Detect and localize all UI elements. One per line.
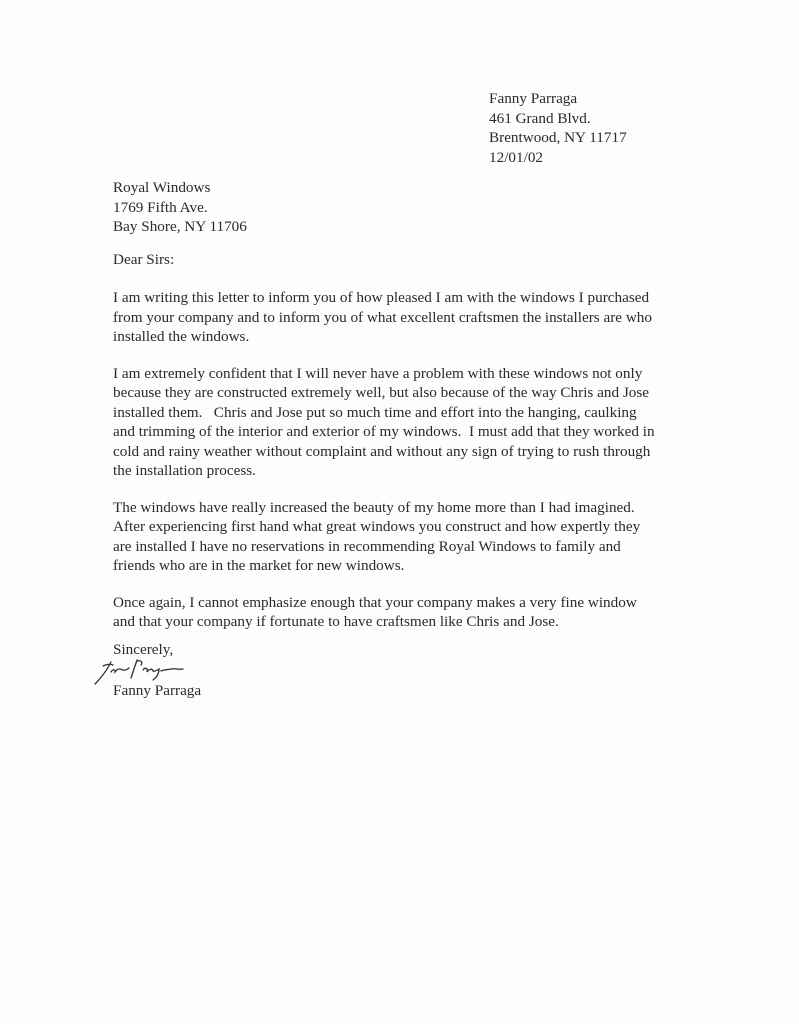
recipient-address-block: Royal Windows 1769 Fifth Ave. Bay Shore,… bbox=[113, 178, 247, 237]
paragraph: The windows have really increased the be… bbox=[113, 498, 693, 576]
paragraph-line: friends who are in the market for new wi… bbox=[113, 556, 693, 576]
paragraph-line: I am writing this letter to inform you o… bbox=[113, 288, 693, 308]
paragraph-line: cold and rainy weather without complaint… bbox=[113, 442, 693, 462]
paragraph-line: Once again, I cannot emphasize enough th… bbox=[113, 593, 693, 613]
paragraph-line: installed them. Chris and Jose put so mu… bbox=[113, 403, 693, 423]
paragraph-line: are installed I have no reservations in … bbox=[113, 537, 693, 557]
sender-city-state-zip: Brentwood, NY 11717 bbox=[489, 128, 627, 148]
sender-address-block: Fanny Parraga 461 Grand Blvd. Brentwood,… bbox=[489, 89, 627, 167]
paragraph-line: because they are constructed extremely w… bbox=[113, 383, 693, 403]
paragraph: Once again, I cannot emphasize enough th… bbox=[113, 593, 693, 632]
sender-street: 461 Grand Blvd. bbox=[489, 109, 627, 129]
letter-body: I am writing this letter to inform you o… bbox=[113, 288, 693, 649]
paragraph: I am writing this letter to inform you o… bbox=[113, 288, 693, 347]
paragraph-line: from your company and to inform you of w… bbox=[113, 308, 693, 328]
paragraph-line: I am extremely confident that I will nev… bbox=[113, 364, 693, 384]
printed-name: Fanny Parraga bbox=[113, 681, 201, 701]
paragraph-line: the installation process. bbox=[113, 461, 693, 481]
letter-date: 12/01/02 bbox=[489, 148, 627, 168]
paragraph-line: and trimming of the interior and exterio… bbox=[113, 422, 693, 442]
recipient-street: 1769 Fifth Ave. bbox=[113, 198, 247, 218]
salutation: Dear Sirs: bbox=[113, 250, 174, 270]
paragraph-line: installed the windows. bbox=[113, 327, 693, 347]
sender-name: Fanny Parraga bbox=[489, 89, 627, 109]
paragraph-line: The windows have really increased the be… bbox=[113, 498, 693, 518]
paragraph-line: After experiencing first hand what great… bbox=[113, 517, 693, 537]
paragraph-line: and that your company if fortunate to ha… bbox=[113, 612, 693, 632]
recipient-company: Royal Windows bbox=[113, 178, 247, 198]
paragraph: I am extremely confident that I will nev… bbox=[113, 364, 693, 481]
recipient-city-state-zip: Bay Shore, NY 11706 bbox=[113, 217, 247, 237]
